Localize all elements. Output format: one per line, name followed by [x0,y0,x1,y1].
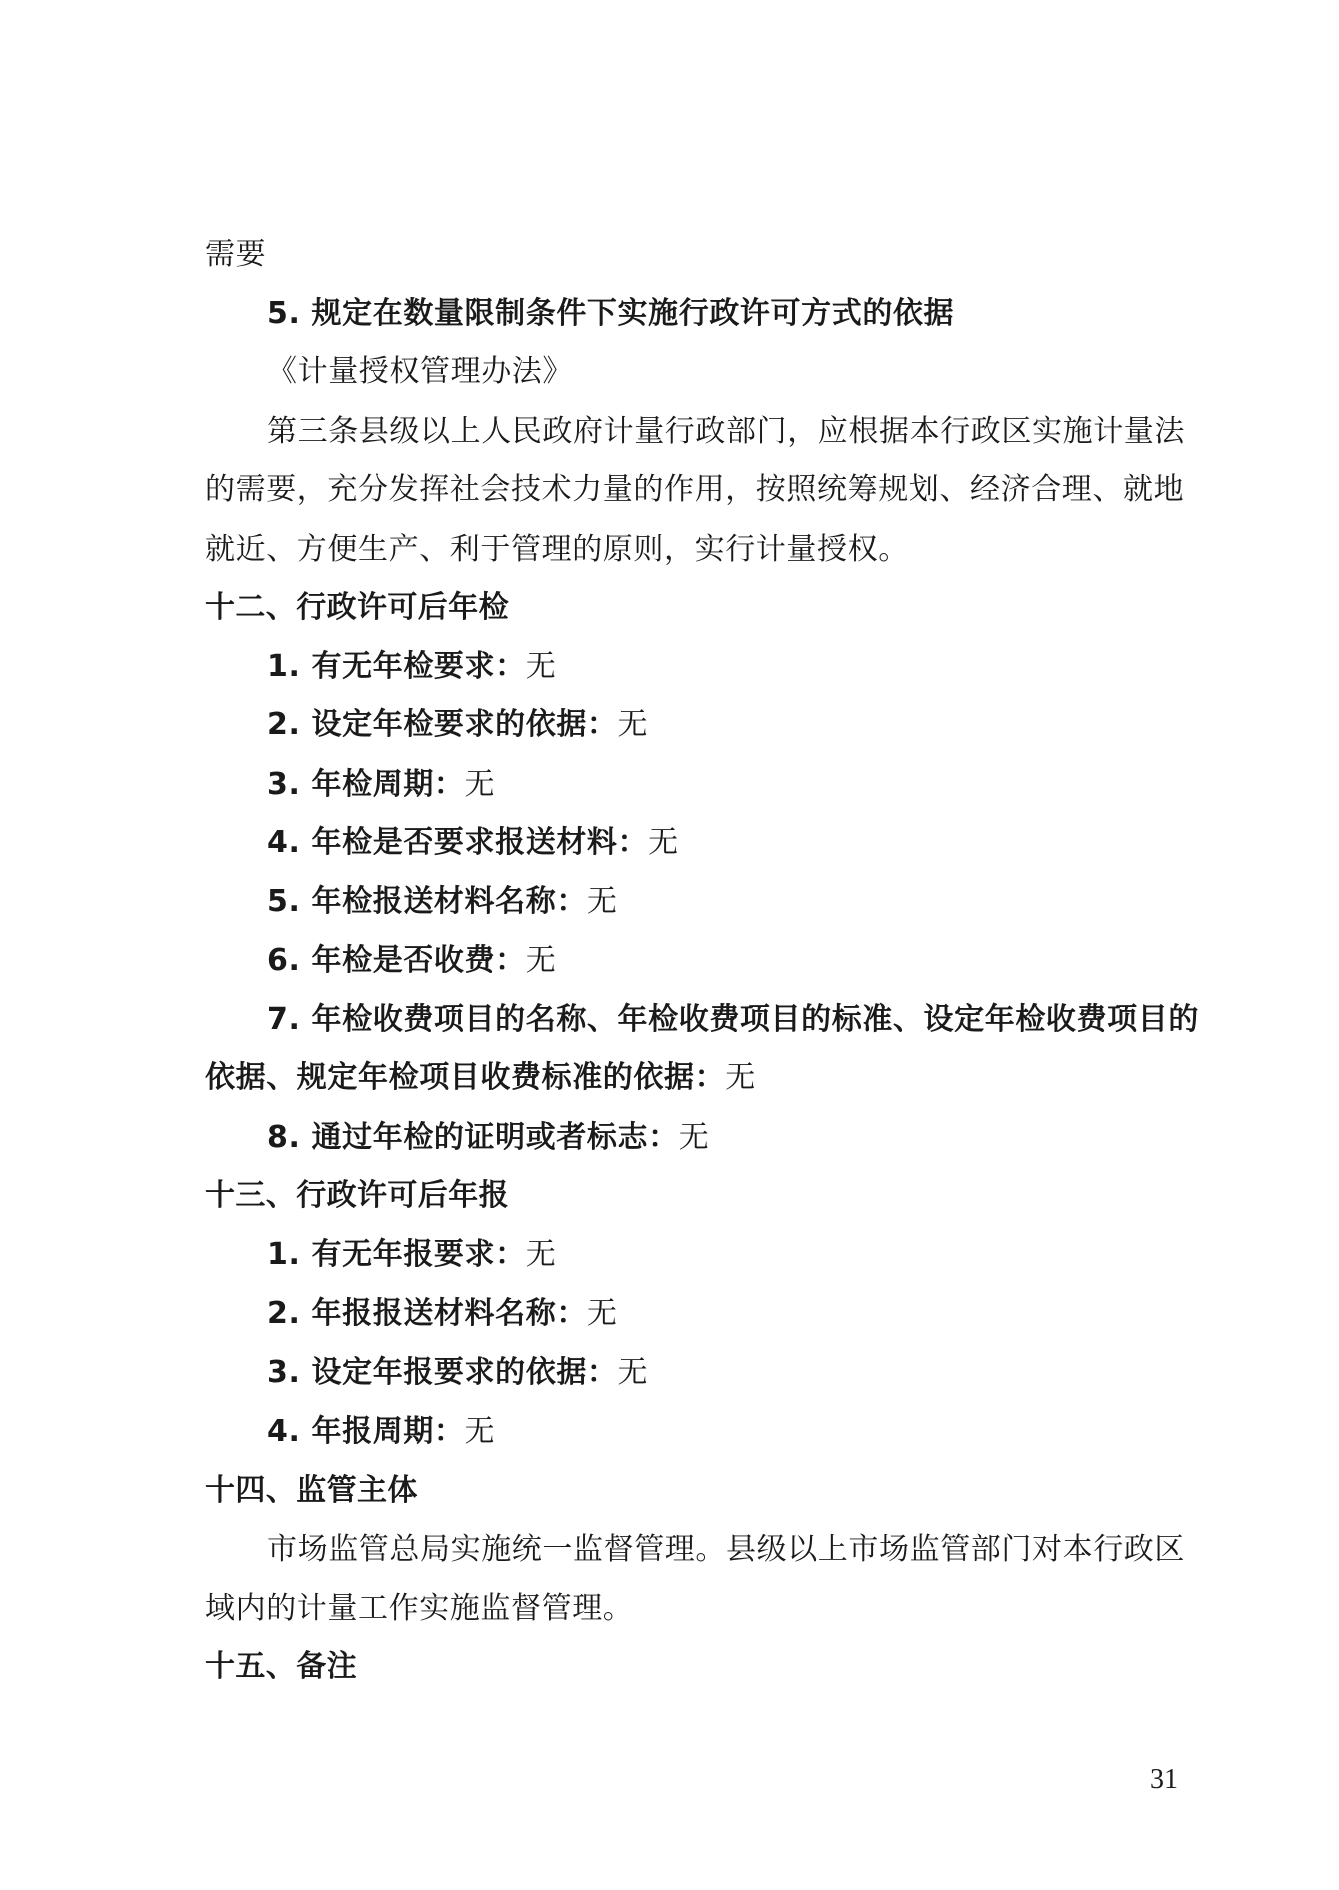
item-value: 无 [526,649,557,684]
article-text: 第三条县级以上人民政府计量行政部门，应根据本行政区实施计量法 [267,414,1185,449]
list-item: 6. 年检是否收费：无 [267,941,1257,981]
section-heading-12: 十二、行政许可后年检 [205,588,1195,628]
item-value: 无 [465,1414,496,1449]
item-label: 依据、规定年检项目收费标准的依据： [205,1060,725,1095]
list-item-line-1: 7. 年检收费项目的名称、年检收费项目的标准、设定年检收费项目的 [267,1000,1195,1040]
list-item-line-2: 依据、规定年检项目收费标准的依据：无 [205,1058,1195,1098]
page-number: 31 [1150,1764,1178,1796]
list-item: 1. 有无年报要求：无 [267,1235,1257,1275]
supervision-text-line-2: 域内的计量工作实施监督管理。 [205,1589,1195,1629]
list-item: 2. 设定年检要求的依据：无 [267,705,1257,745]
article-text-line-2: 的需要，充分发挥社会技术力量的作用，按照统筹规划、经济合理、就地 [205,470,1195,510]
item-value: 无 [618,1355,649,1390]
item-value: 无 [725,1060,756,1095]
article-text-line-3: 就近、方便生产、利于管理的原则，实行计量授权。 [205,530,1195,570]
section-heading-14: 十四、监管主体 [205,1471,1195,1511]
article-text-line-1: 第三条县级以上人民政府计量行政部门，应根据本行政区实施计量法 [267,412,1195,452]
item-value: 无 [618,707,649,742]
item-value: 无 [587,884,618,919]
item-label: 4. 年检是否要求报送材料： [267,825,648,860]
item-label: 6. 年检是否收费： [267,943,526,978]
item-value: 无 [526,1237,557,1272]
item-value: 无 [648,825,679,860]
list-item: 3. 设定年报要求的依据：无 [267,1353,1257,1393]
item-value: 无 [587,1296,618,1331]
continuation-text: 需要 [205,235,1195,275]
list-item: 8. 通过年检的证明或者标志：无 [267,1118,1257,1158]
list-item: 4. 年报周期：无 [267,1412,1257,1452]
list-item: 3. 年检周期：无 [267,765,1257,805]
item-label: 1. 有无年报要求： [267,1237,526,1272]
item-label: 5. 年检报送材料名称： [267,884,587,919]
list-item: 4. 年检是否要求报送材料：无 [267,823,1257,863]
document-page: 需要 5. 规定在数量限制条件下实施行政许可方式的依据 《计量授权管理办法》 第… [0,0,1339,1890]
list-item: 1. 有无年检要求：无 [267,647,1257,687]
item-label: 3. 设定年报要求的依据： [267,1355,618,1390]
regulation-title: 《计量授权管理办法》 [267,352,1257,392]
item-value: 无 [679,1120,710,1155]
item-value: 无 [465,767,496,802]
section-heading-13: 十三、行政许可后年报 [205,1176,1195,1216]
supervision-text-line-1: 市场监管总局实施统一监督管理。县级以上市场监管部门对本行政区 [267,1530,1195,1570]
item-value: 无 [526,943,557,978]
subsection-title-quantity-limit-basis: 5. 规定在数量限制条件下实施行政许可方式的依据 [267,294,1257,334]
item-label: 4. 年报周期： [267,1414,465,1449]
section-heading-15: 十五、备注 [205,1647,1195,1687]
item-label: 3. 年检周期： [267,767,465,802]
item-label: 2. 设定年检要求的依据： [267,707,618,742]
list-item: 2. 年报报送材料名称：无 [267,1294,1257,1334]
item-label: 1. 有无年检要求： [267,649,526,684]
list-item: 5. 年检报送材料名称：无 [267,882,1257,922]
item-label: 8. 通过年检的证明或者标志： [267,1120,679,1155]
item-label: 2. 年报报送材料名称： [267,1296,587,1331]
